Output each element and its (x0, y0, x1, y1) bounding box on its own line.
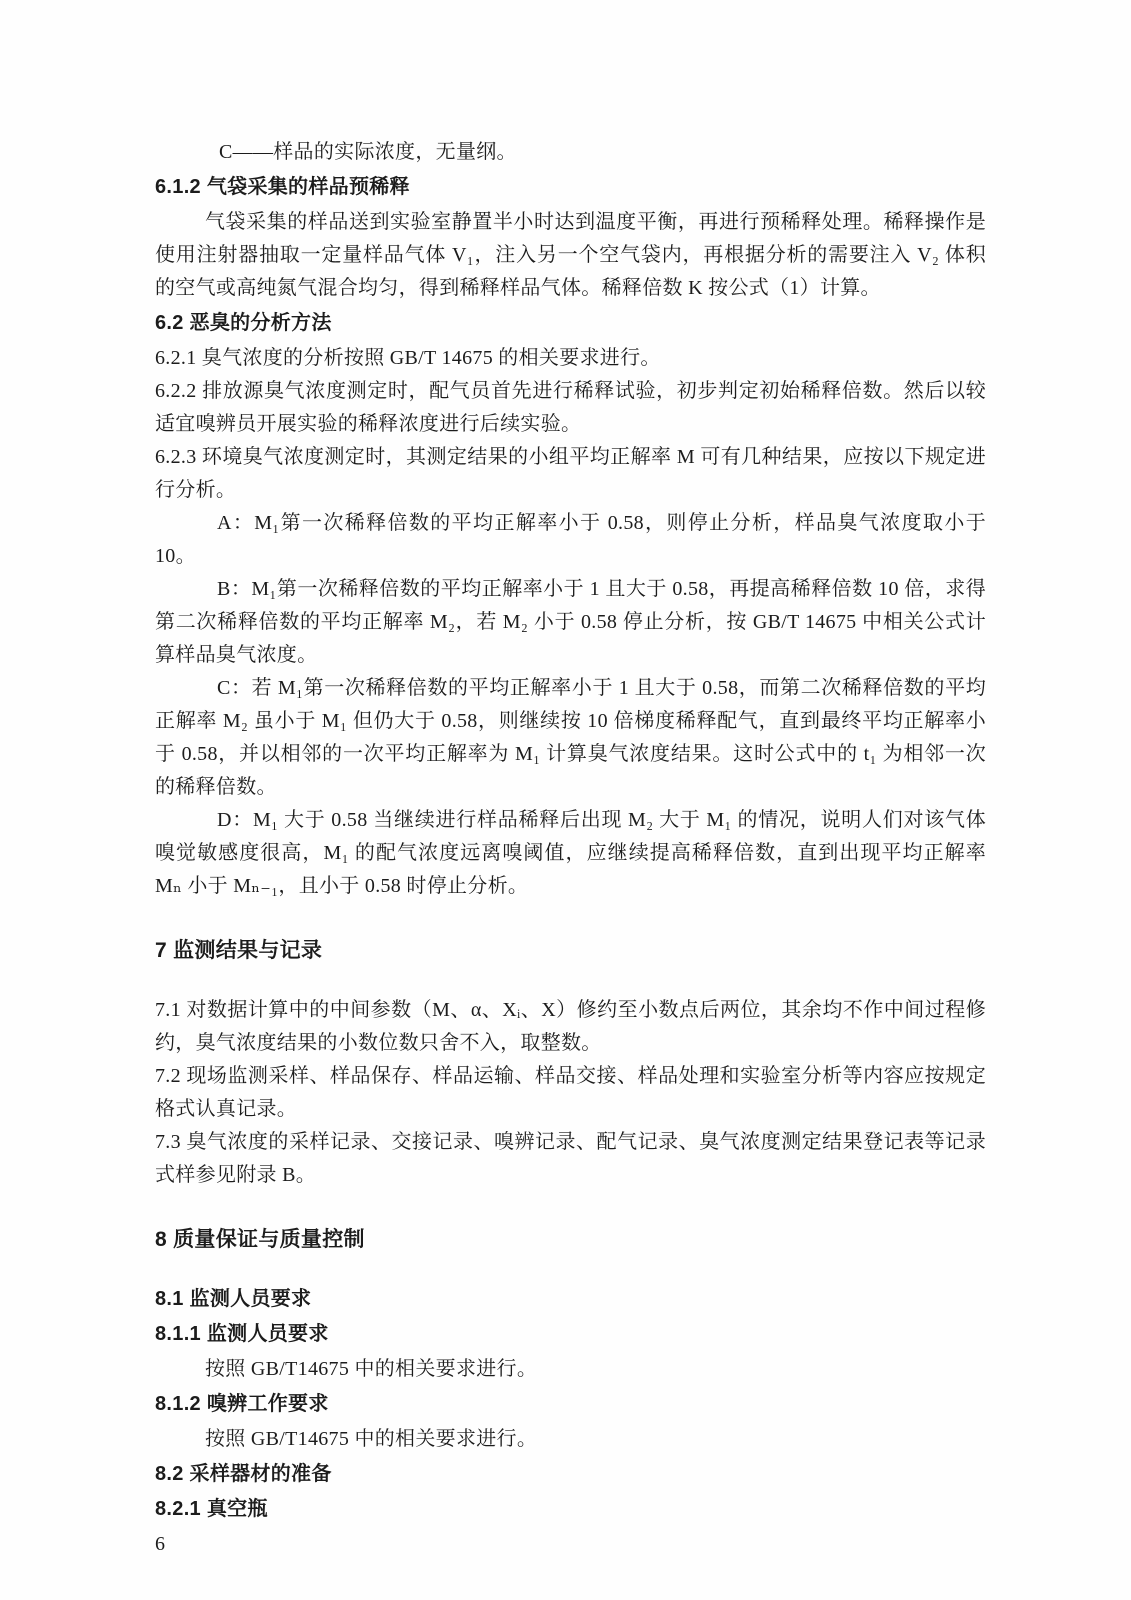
heading-6-2: 6.2 恶臭的分析方法 (155, 307, 986, 340)
heading-8-1-2: 8.1.2 嗅辨工作要求 (155, 1388, 986, 1421)
section-heading-8: 8 质量保证与质量控制 (155, 1223, 986, 1256)
paragraph-6-1-2-body: 气袋采集的样品送到实验室静置半小时达到温度平衡，再进行预稀释处理。稀释操作是使用… (155, 206, 986, 305)
heading-8-2-1: 8.2.1 真空瓶 (155, 1493, 986, 1526)
clause-7-1: 7.1 对数据计算中的中间参数（M、α、Xᵢ、X）修约至小数点后两位，其余均不作… (155, 994, 986, 1060)
page-number: 6 (155, 1528, 986, 1561)
clause-7-3: 7.3 臭气浓度的采样记录、交接记录、嗅辨记录、配气记录、臭气浓度测定结果登记表… (155, 1126, 986, 1192)
clause-6-2-1: 6.2.1 臭气浓度的分析按照 GB/T 14675 的相关要求进行。 (155, 342, 986, 375)
paragraph-8-1-1-body: 按照 GB/T14675 中的相关要求进行。 (155, 1353, 986, 1386)
paragraph-8-1-2-body: 按照 GB/T14675 中的相关要求进行。 (155, 1423, 986, 1456)
list-item-c: C：若 M₁第一次稀释倍数的平均正解率小于 1 且大于 0.58，而第二次稀释倍… (155, 672, 986, 804)
clause-6-2-3: 6.2.3 环境臭气浓度测定时，其测定结果的小组平均正解率 M 可有几种结果，应… (155, 441, 986, 507)
section-heading-7: 7 监测结果与记录 (155, 934, 986, 967)
definition-line-c: C——样品的实际浓度，无量纲。 (155, 136, 986, 169)
list-item-b: B：M₁第一次稀释倍数的平均正解率小于 1 且大于 0.58，再提高稀释倍数 1… (155, 573, 986, 672)
heading-8-1: 8.1 监测人员要求 (155, 1283, 986, 1316)
list-item-d: D：M₁ 大于 0.58 当继续进行样品稀释后出现 M₂ 大于 M₁ 的情况，说… (155, 804, 986, 903)
clause-6-2-2: 6.2.2 排放源臭气浓度测定时，配气员首先进行稀释试验，初步判定初始稀释倍数。… (155, 375, 986, 441)
document-page: C——样品的实际浓度，无量纲。 6.1.2 气袋采集的样品预稀释 气袋采集的样品… (0, 0, 1131, 1600)
list-item-a: A：M₁第一次稀释倍数的平均正解率小于 0.58，则停止分析，样品臭气浓度取小于… (155, 507, 986, 573)
heading-8-1-1: 8.1.1 监测人员要求 (155, 1318, 986, 1351)
clause-7-2: 7.2 现场监测采样、样品保存、样品运输、样品交接、样品处理和实验室分析等内容应… (155, 1060, 986, 1126)
heading-6-1-2: 6.1.2 气袋采集的样品预稀释 (155, 171, 986, 204)
heading-8-2: 8.2 采样器材的准备 (155, 1458, 986, 1491)
